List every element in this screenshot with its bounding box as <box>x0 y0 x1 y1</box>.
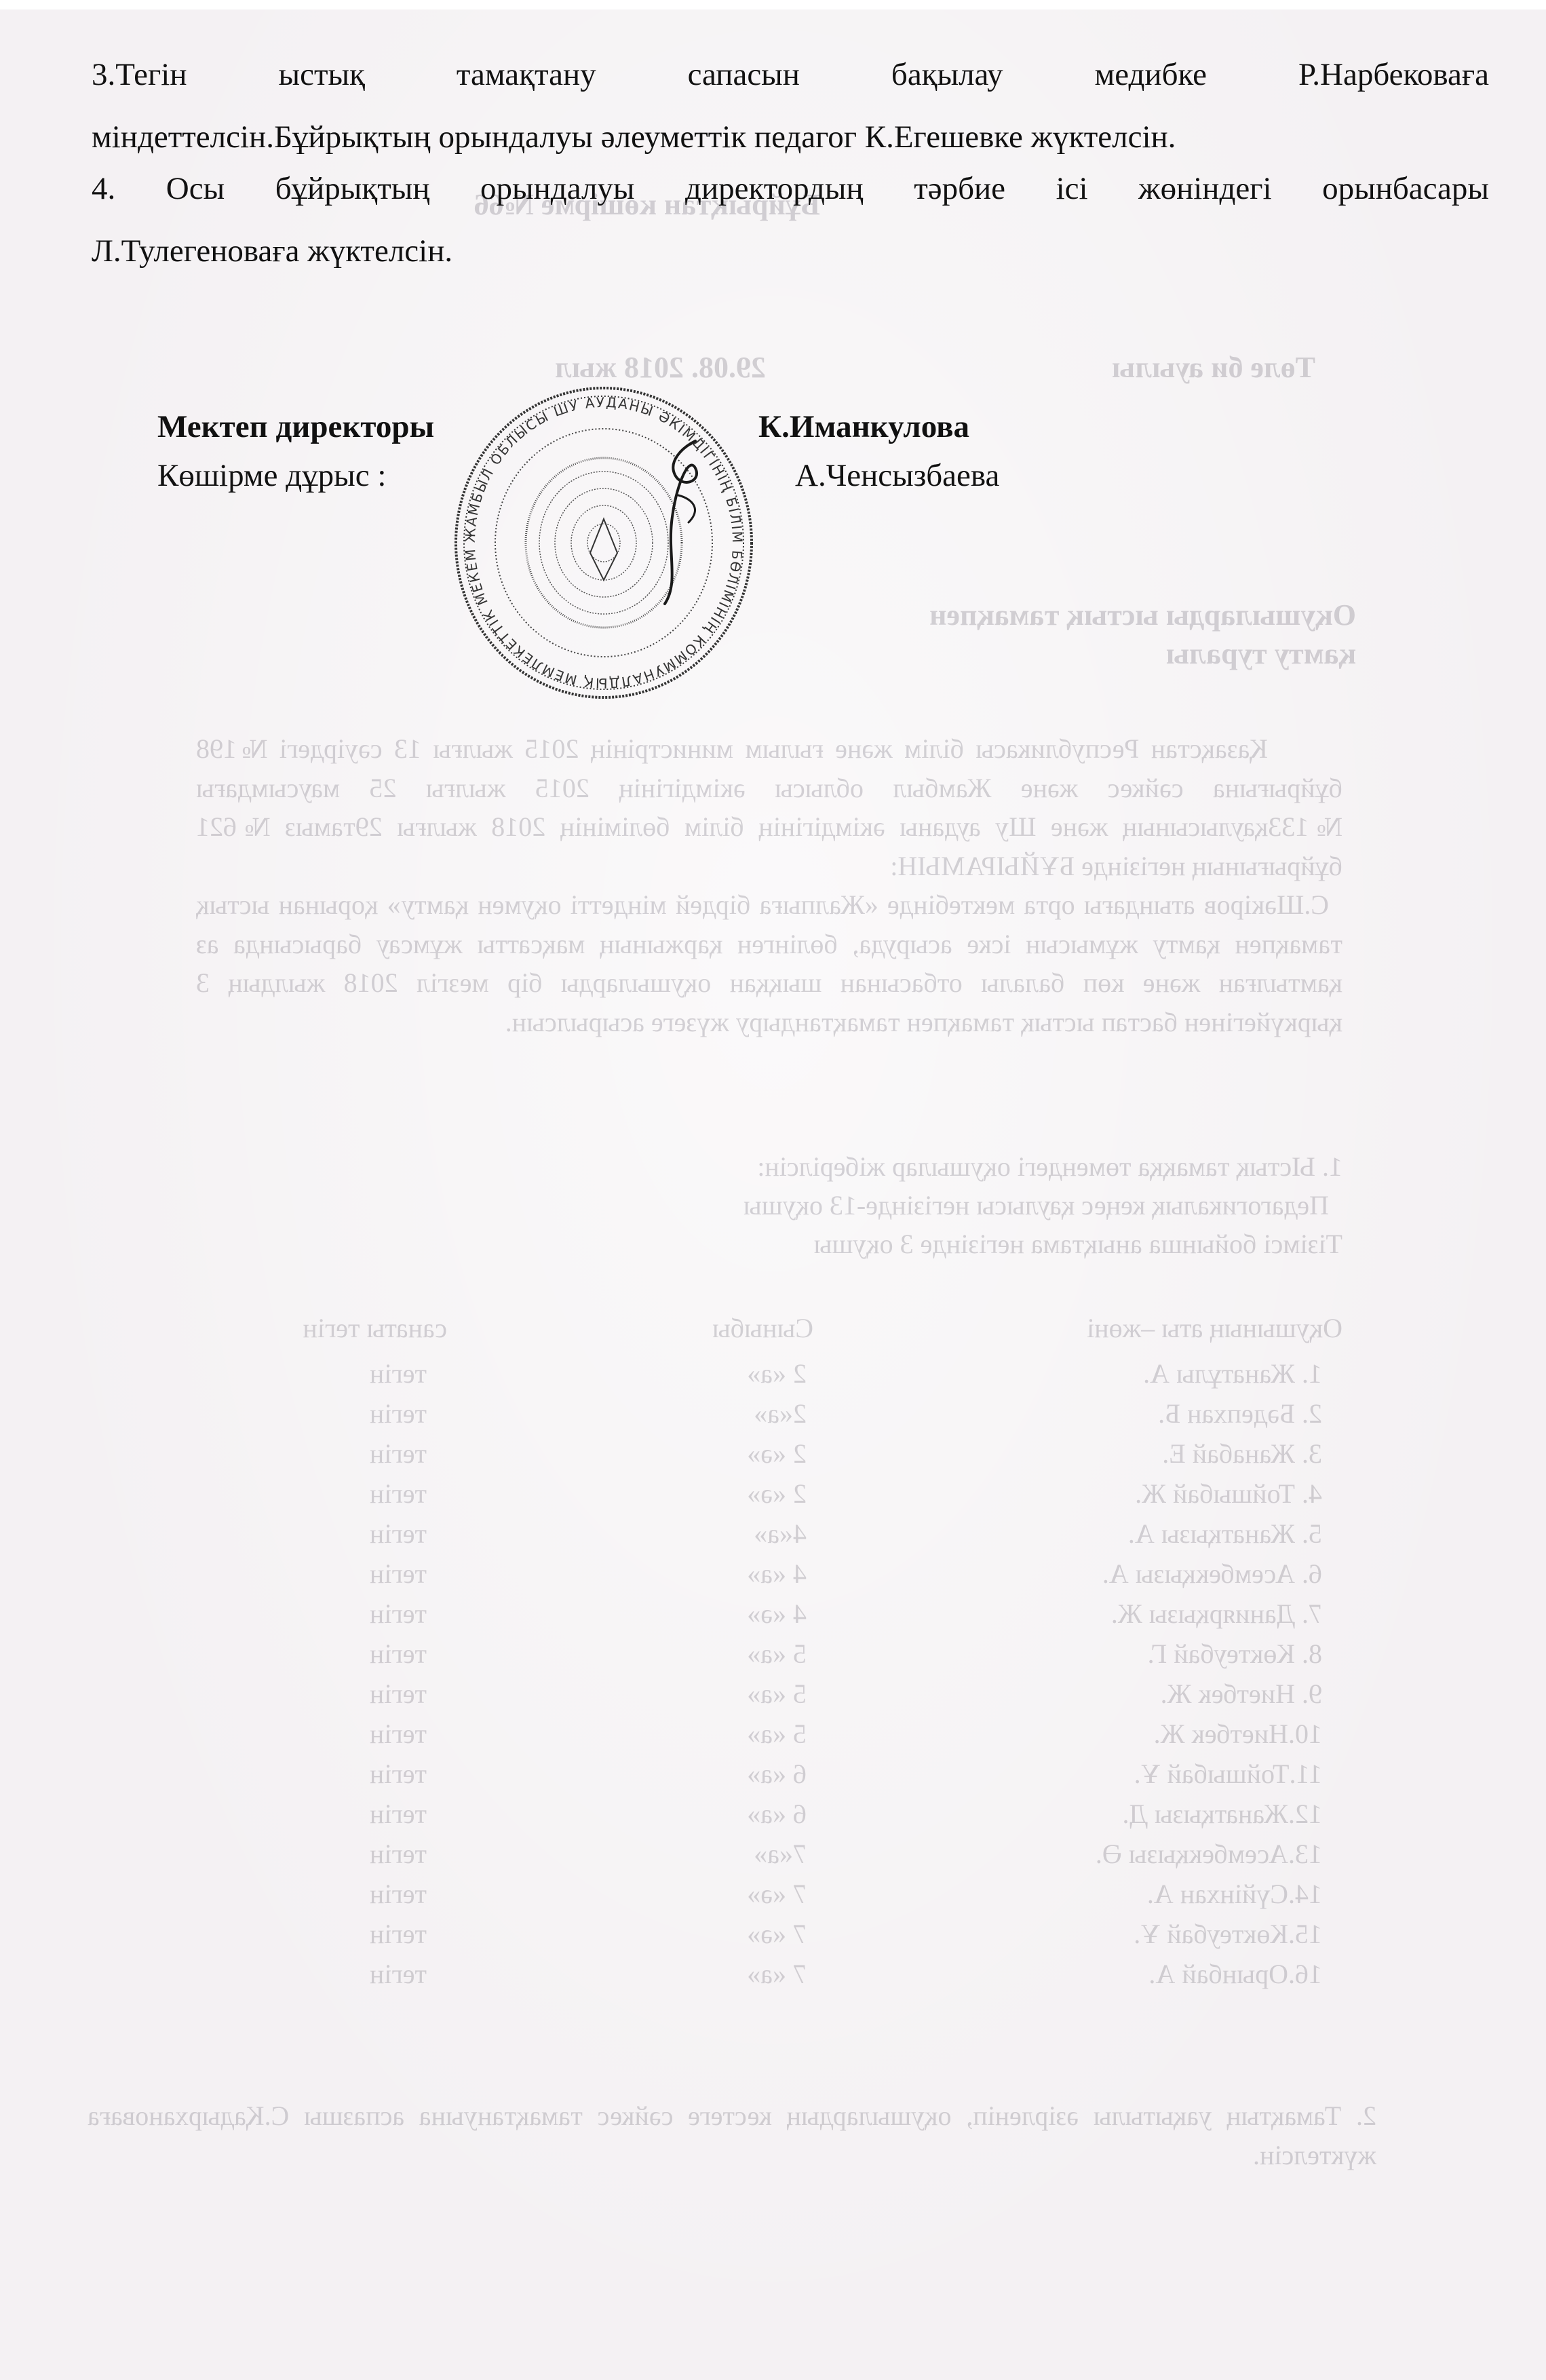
item-3-paragraph: 3.Тегін ыстық тамақтану сапасын бақылау … <box>92 43 1489 168</box>
copy-verified-label: Көшірме дұрыс : <box>157 457 386 494</box>
director-label: Мектеп директоры <box>157 408 434 445</box>
item-3-line-2: міндеттелсін.Бұйрықтың орындалуы әлеумет… <box>92 119 1176 155</box>
item-3-line-1: 3.Тегін ыстық тамақтану сапасын бақылау … <box>92 43 1489 106</box>
copy-verified-name: А.Ченсызбаева <box>795 457 999 494</box>
document-front: 3.Тегін ыстық тамақтану сапасын бақылау … <box>0 0 1546 2380</box>
item-4-line-2: Л.Тулегеноваға жүктелсін. <box>92 233 452 269</box>
director-name: К.Иманкулова <box>758 408 969 445</box>
signature-icon <box>641 434 716 611</box>
item-4-line-1: 4. Осы бұйрықтың орындалуы директордың т… <box>92 157 1489 220</box>
item-4-paragraph: 4. Осы бұйрықтың орындалуы директордың т… <box>92 157 1489 282</box>
